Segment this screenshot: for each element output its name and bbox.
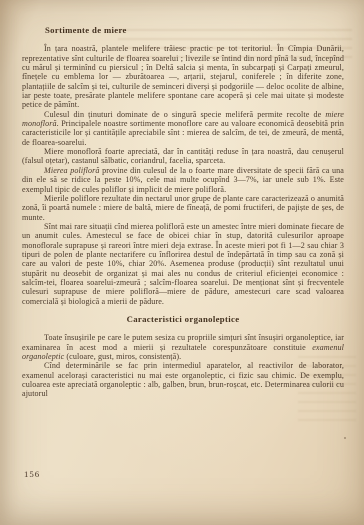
- text-block: Sortimente de miere În țara noastră, pla…: [22, 26, 344, 399]
- section-heading-caracteristici-organoleptice: Caracteristici organoleptice: [22, 315, 344, 324]
- text-run: Miere monofloră foarte apreciată, dar în…: [22, 147, 344, 165]
- italic-term: Mierea polifloră: [44, 166, 100, 175]
- paragraph: Mierile poliflore rezultate din nectarul…: [22, 194, 344, 222]
- section-body-sortimente-de-miere: În țara noastră, plantele melifere trăie…: [22, 44, 344, 306]
- text-run: Mierile poliflore rezultate din nectarul…: [22, 194, 344, 222]
- text-run: (culoare, gust, miros, consistență).: [64, 352, 181, 361]
- text-run: Toate însușirile pe care le putem sesiza…: [22, 333, 344, 351]
- paragraph: În țara noastră, plantele melifere trăie…: [22, 44, 344, 109]
- text-run: În țara noastră, plantele melifere trăie…: [22, 44, 344, 109]
- ink-speck-artifact: [344, 437, 346, 439]
- text-run: . Principalele noastre sortimente monofl…: [22, 119, 344, 147]
- text-run: Sînt mai rare situații cînd mierea polif…: [22, 222, 344, 306]
- paragraph: Miere monofloră foarte apreciată, dar în…: [22, 147, 344, 166]
- paragraph: Culesul din ținuturi dominate de o singu…: [22, 110, 344, 147]
- paragraph: Sînt mai rare situații cînd mierea polif…: [22, 222, 344, 306]
- text-run: Culesul din ținuturi dominate de o singu…: [44, 110, 325, 119]
- paragraph: Cînd determinările se fac prin intermedi…: [22, 361, 344, 398]
- text-run: Cînd determinările se fac prin intermedi…: [22, 361, 344, 398]
- section-body-caracteristici-organoleptice: Toate însușirile pe care le putem sesiza…: [22, 333, 344, 398]
- book-page-scan: Sortimente de miere În țara noastră, pla…: [0, 0, 364, 525]
- page-number: 156: [24, 469, 40, 479]
- paragraph: Mierea polifloră provine din culesul de …: [22, 166, 344, 194]
- paragraph: Toate însușirile pe care le putem sesiza…: [22, 333, 344, 361]
- section-heading-sortimente-de-miere: Sortimente de miere: [45, 26, 344, 35]
